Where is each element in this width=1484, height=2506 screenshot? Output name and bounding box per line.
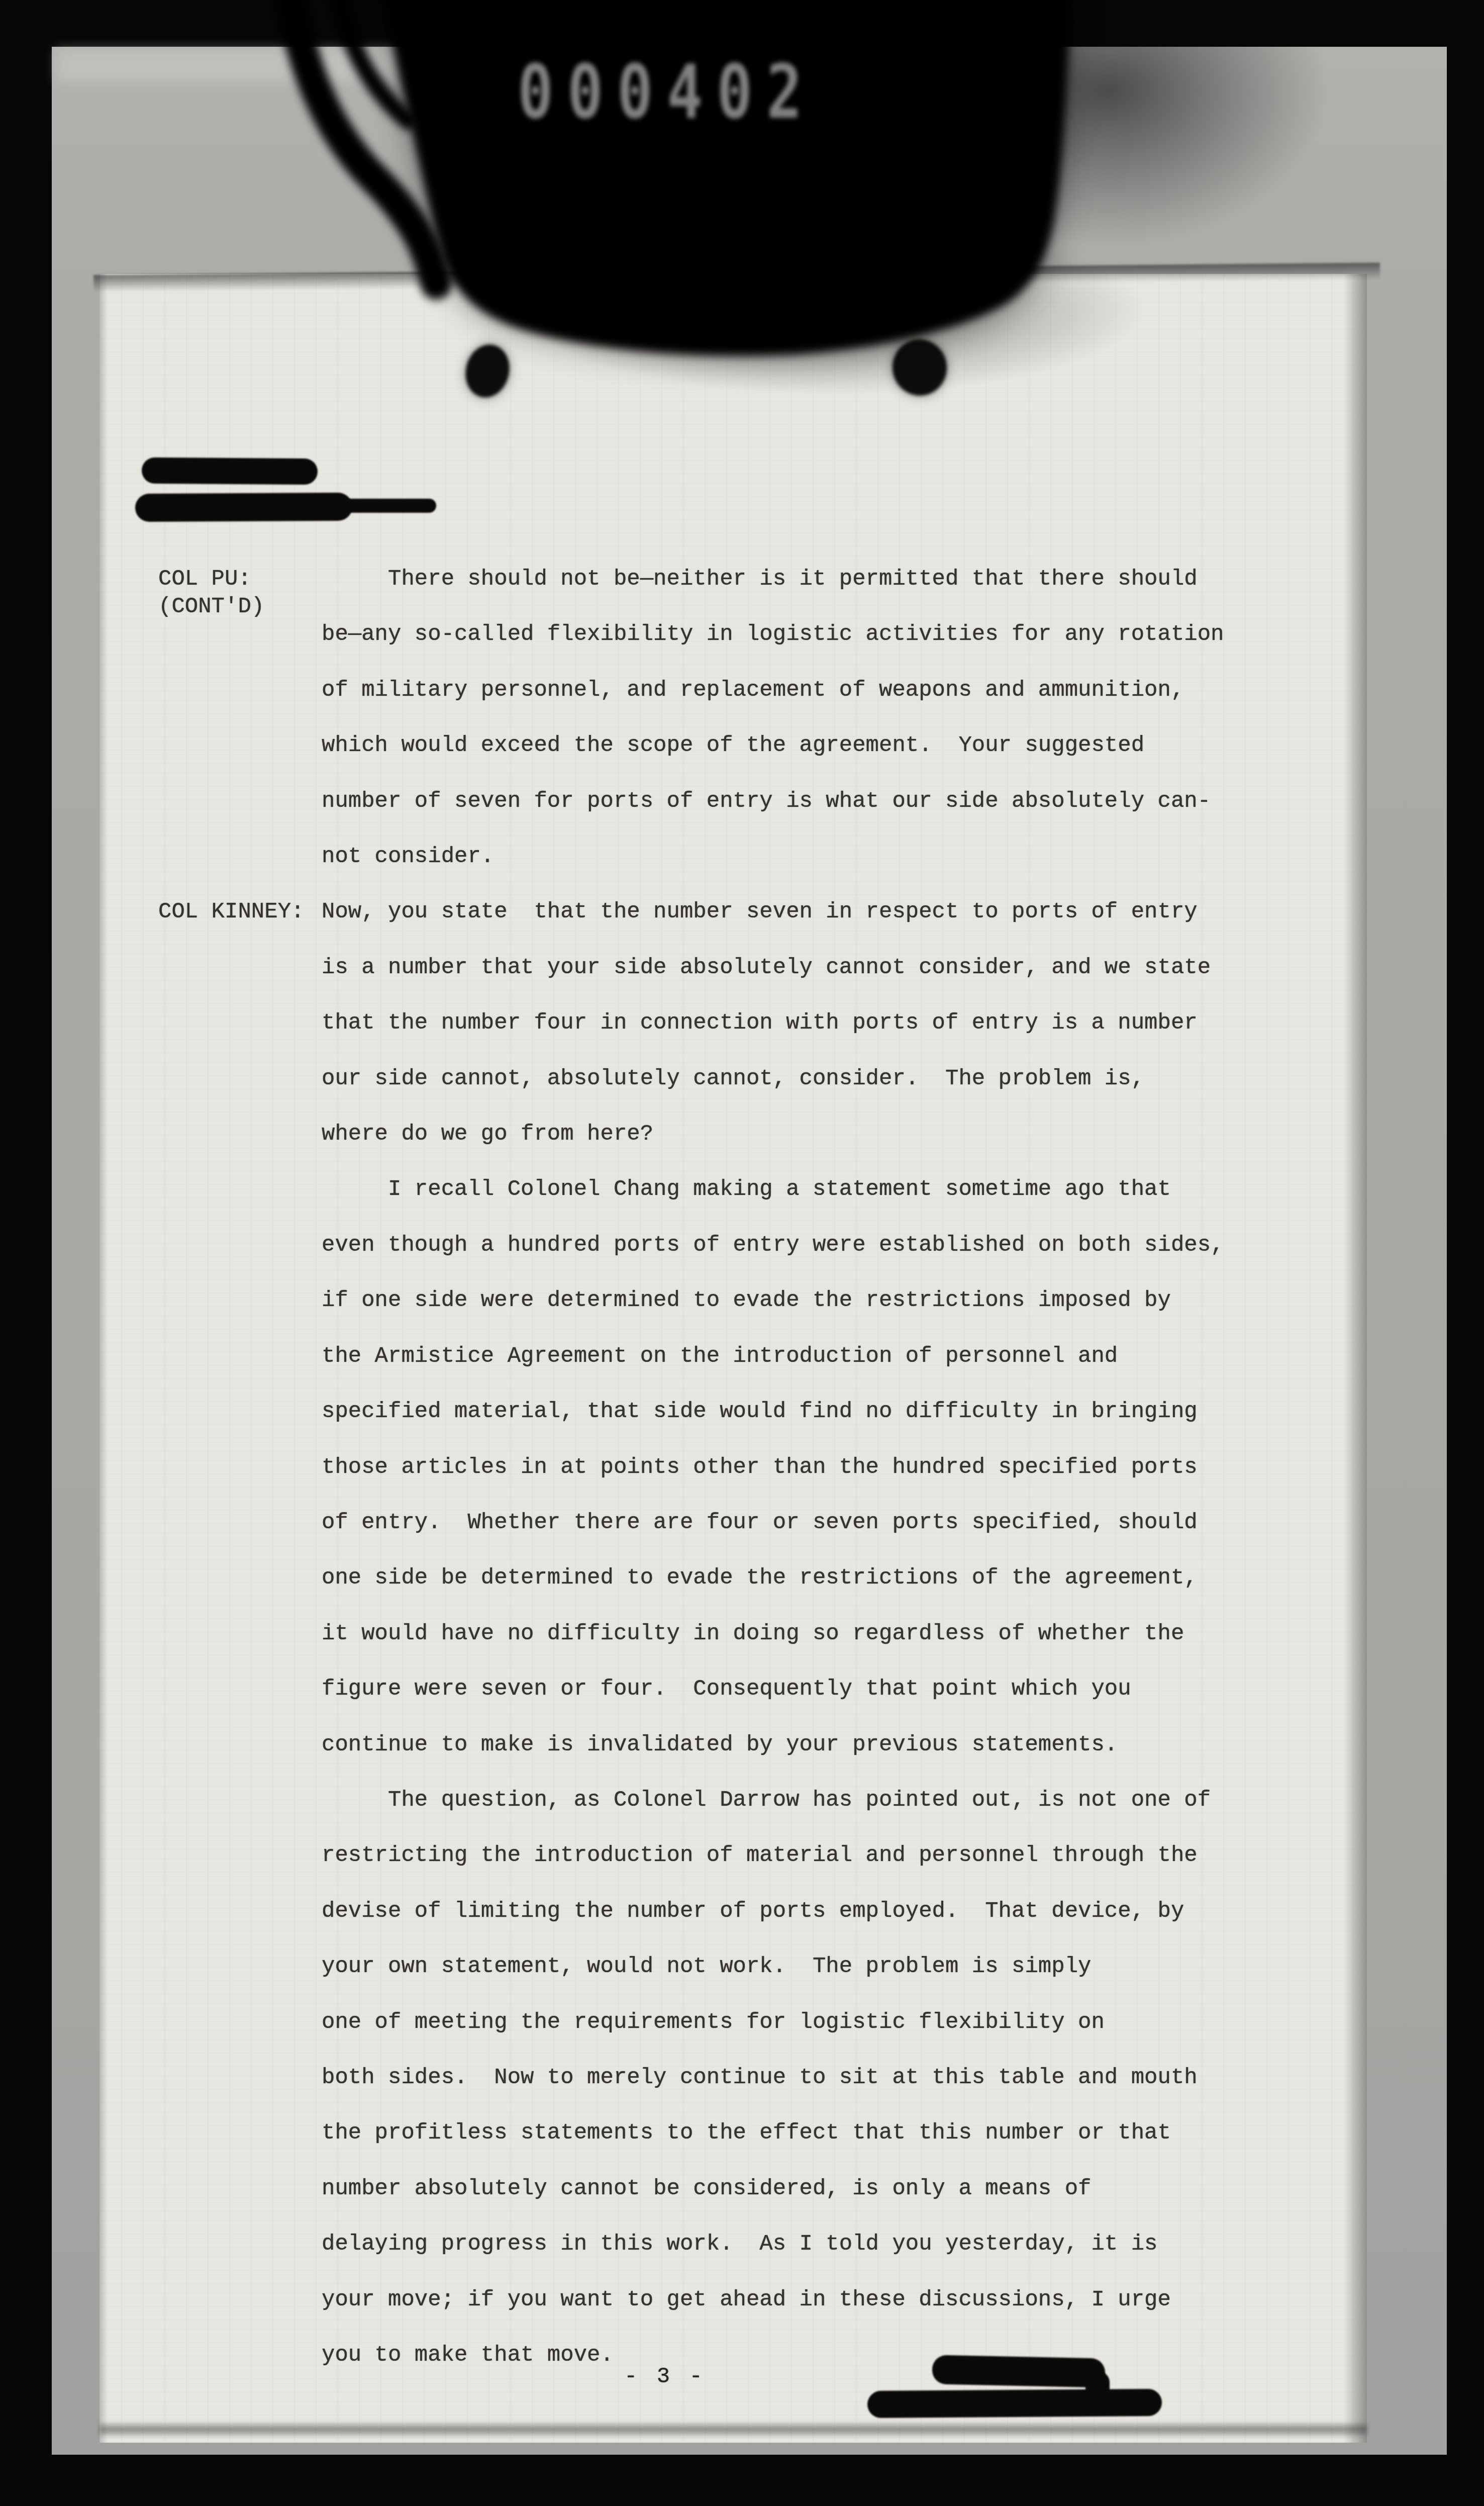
text-line: Now, you state that the number seven in … [322,884,1224,940]
document-page: COL PU: (CONT'D) COL KINNEY: There shoul… [100,274,1367,2443]
page-left-edge-shadow [100,274,108,2443]
text-line: one of meeting the requirements for logi… [322,1995,1224,2050]
text-line: There should not be—neither is it permit… [322,551,1224,607]
text-line: devise of limiting the number of ports e… [322,1884,1224,1939]
redaction-bar-top-2 [135,493,352,522]
text-line: number of seven for ports of entry is wh… [322,774,1224,829]
text-line: not consider. [322,829,1224,884]
page-bottom-edge-shadow [100,2422,1367,2437]
page-number: - 3 - [624,2364,706,2389]
text-line: specified material, that side would find… [322,1384,1224,1439]
text-line: both sides. Now to merely continue to si… [322,2050,1224,2105]
microfilm-frame: COL PU: (CONT'D) COL KINNEY: There shoul… [0,0,1484,2506]
text-line: our side cannot, absolutely cannot, cons… [322,1051,1224,1106]
text-line: of entry. Whether there are four or seve… [322,1495,1224,1550]
redaction-bar-bottom-2 [867,2389,1162,2418]
text-line: is a number that your side absolutely ca… [322,940,1224,995]
text-line: The question, as Colonel Darrow has poin… [322,1773,1224,1828]
text-line: continue to make is invalidated by your … [322,1717,1224,1773]
page-right-edge-shadow [1344,274,1367,2443]
text-line: even though a hundred ports of entry wer… [322,1218,1224,1273]
text-line: if one side were determined to evade the… [322,1273,1224,1328]
text-line: I recall Colonel Chang making a statemen… [322,1162,1224,1217]
text-line: it would have no difficulty in doing so … [322,1606,1224,1661]
text-line: which would exceed the scope of the agre… [322,718,1224,773]
speaker-label-contd: (CONT'D) [158,579,264,634]
redaction-bar-top-2-tail [335,499,436,513]
text-line: restricting the introduction of material… [322,1828,1224,1883]
redaction-bar-bottom-1 [932,2355,1105,2387]
text-line: your move; if you want to get ahead in t… [322,2272,1224,2328]
text-line: be—any so-called flexibility in logistic… [322,607,1224,662]
speaker-label-col-kinney: COL KINNEY: [158,884,304,940]
text-line: figure were seven or four. Consequently … [322,1661,1224,1717]
text-line: number absolutely cannot be considered, … [322,2161,1224,2216]
text-line: the Armistice Agreement on the introduct… [322,1329,1224,1384]
text-line: one side be determined to evade the rest… [322,1550,1224,1606]
film-counter: 000402 [518,48,900,135]
text-line: that the number four in connection with … [322,995,1224,1051]
text-line: your own statement, would not work. The … [322,1939,1224,1994]
text-line: the profitless statements to the effect … [322,2105,1224,2161]
text-line: where do we go from here? [322,1106,1224,1162]
text-lines: There should not be—neither is it permit… [322,551,1224,2383]
text-line: delaying progress in this work. As I tol… [322,2216,1224,2272]
text-line: of military personnel, and replacement o… [322,663,1224,718]
text-line: those articles in at points other than t… [322,1440,1224,1495]
